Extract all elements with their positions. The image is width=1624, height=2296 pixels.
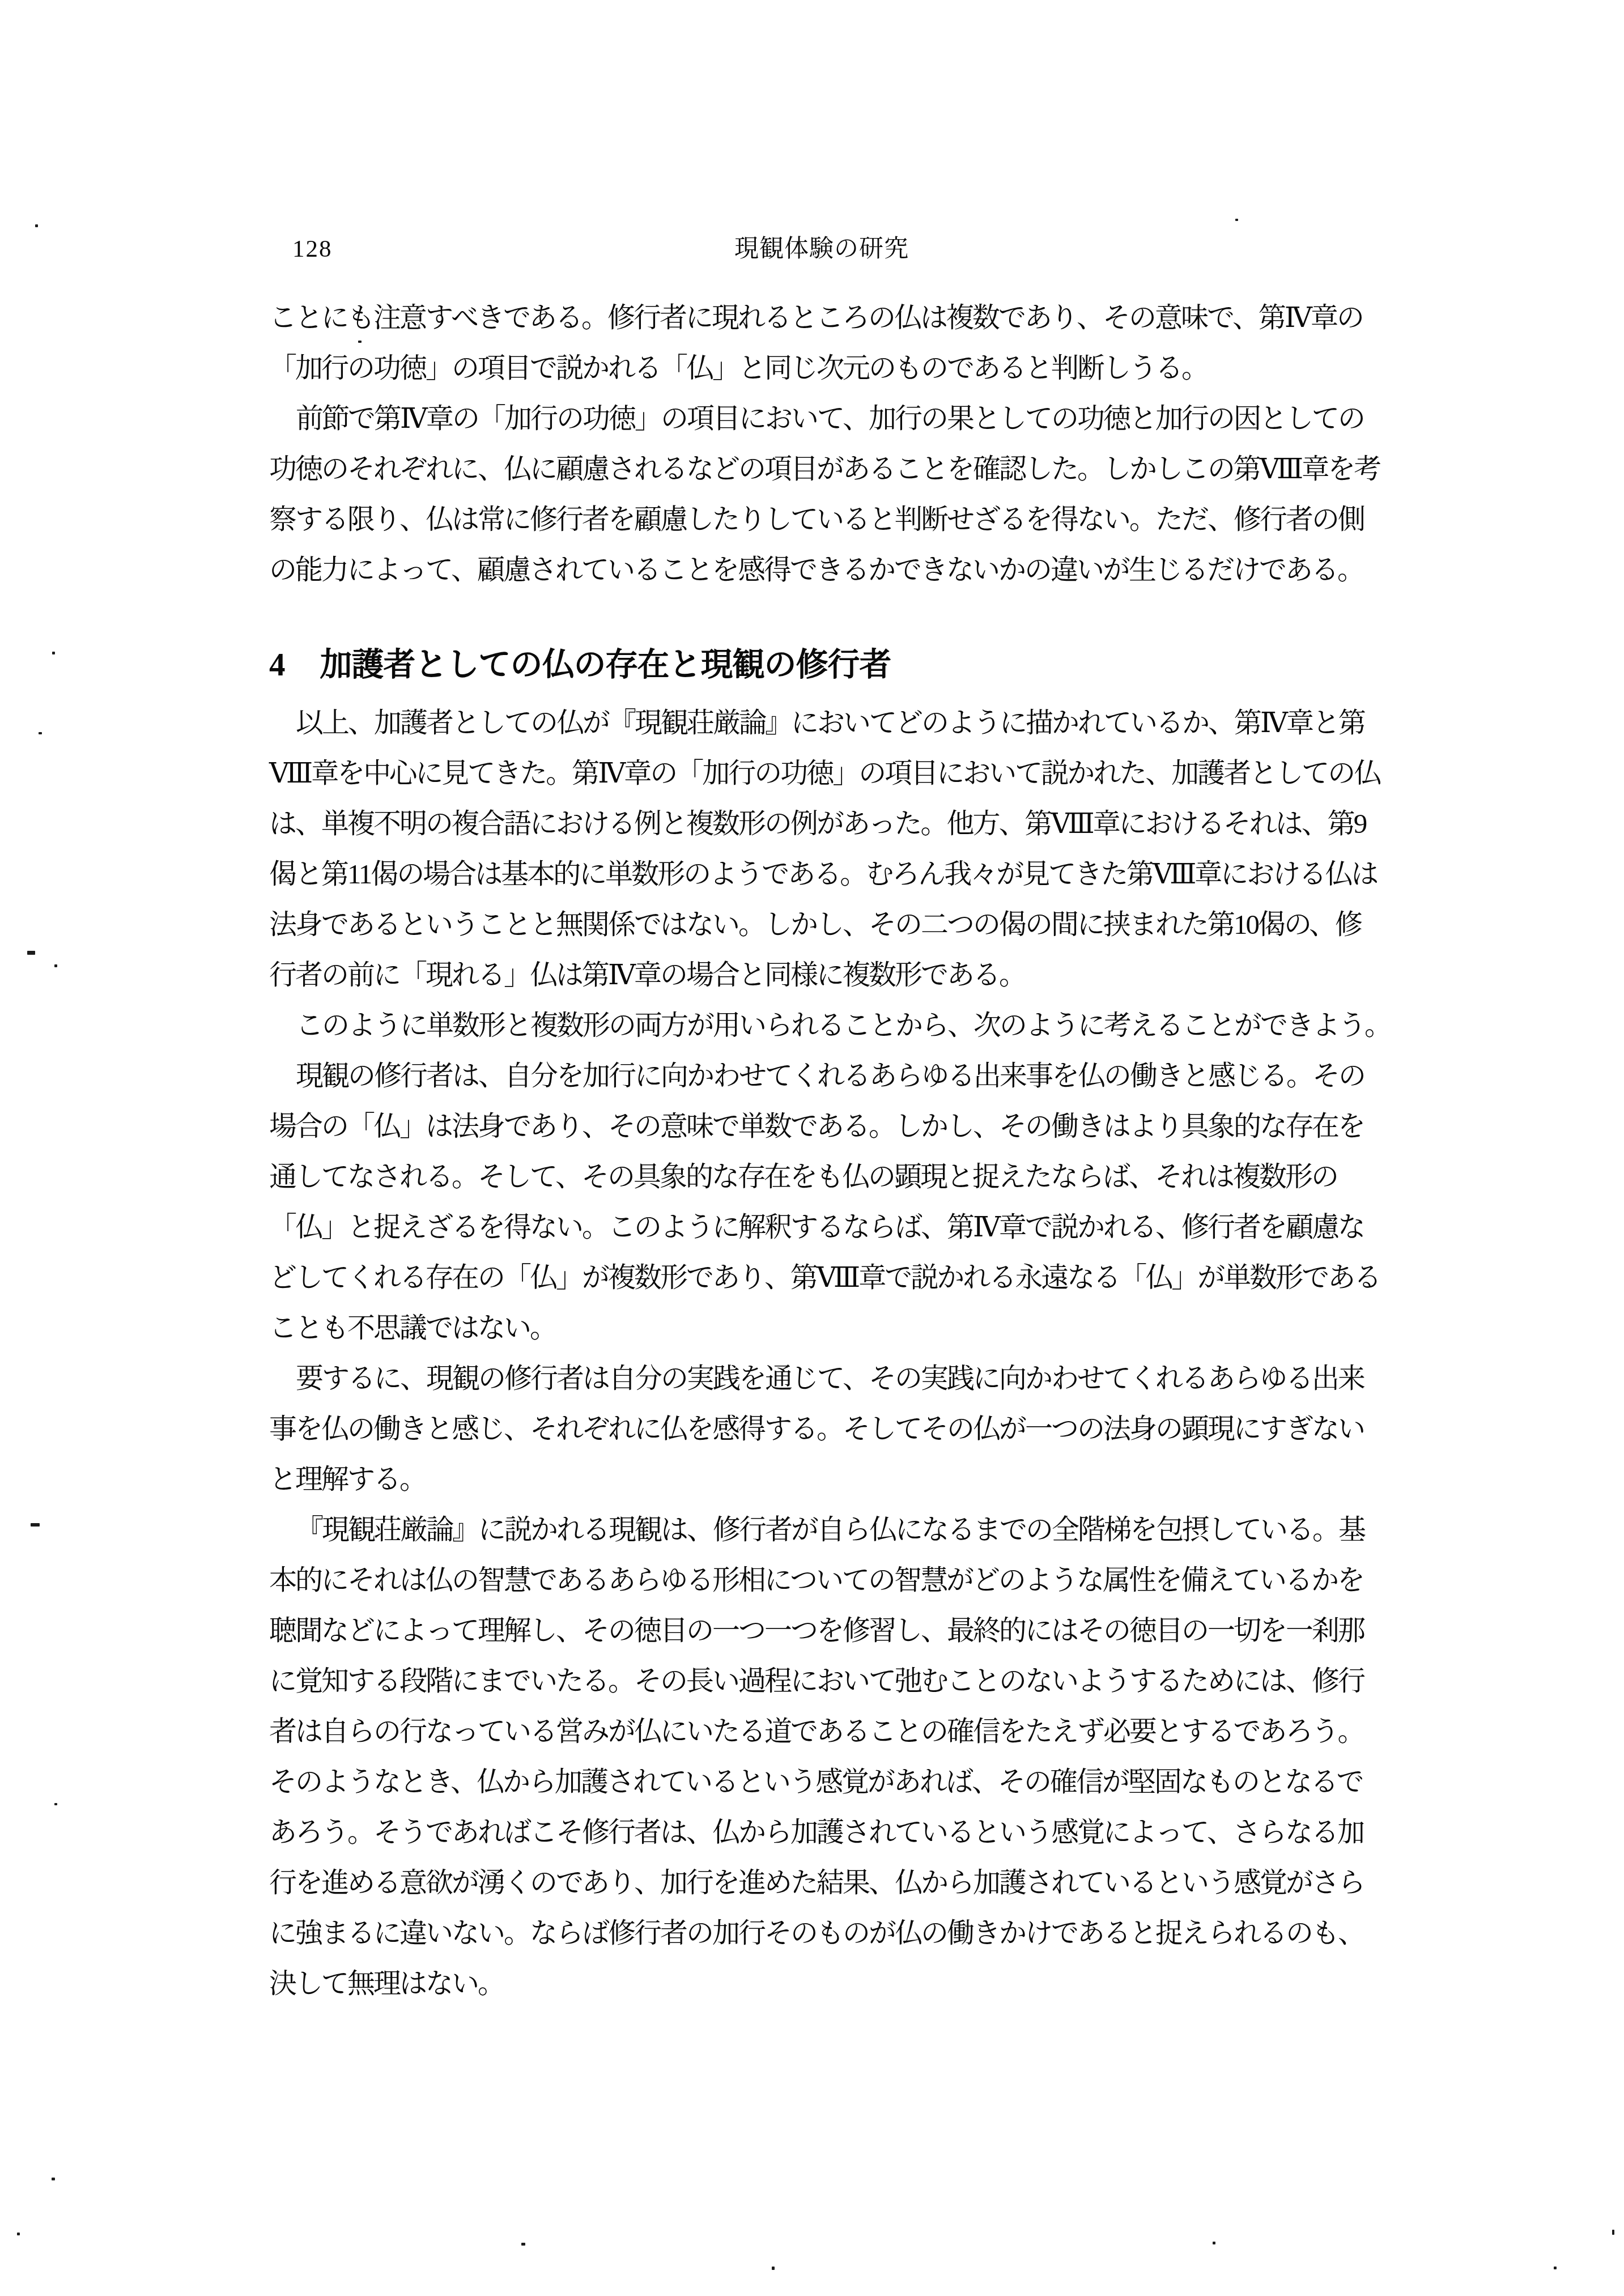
page-number: 128	[292, 235, 333, 264]
body-line: 「仏」と捉えざるを得ない。このように解釈するならば、第Ⅳ章で説かれる、修行者を顧…	[269, 1202, 1368, 1252]
body-line: と理解する。	[269, 1454, 1368, 1504]
section-title: 加護者としての仏の存在と現観の修行者	[320, 647, 891, 683]
scan-speck	[772, 2267, 775, 2270]
scan-speck	[31, 1523, 40, 1527]
scan-speck	[52, 652, 55, 654]
body-line: ことにも注意すべきである。修行者に現れるところの仏は複数であり、その意味で、第Ⅳ…	[269, 292, 1368, 343]
body-line: 行を進める意欲が湧くのであり、加行を進めた結果、仏から加護されているという感覚が…	[269, 1857, 1368, 1908]
body-line: 通してなされる。そして、その具象的な存在をも仏の顕現と捉えたならば、それは複数形…	[269, 1151, 1368, 1202]
body-line: ことも不思議ではない。	[269, 1303, 1368, 1353]
scan-speck	[35, 224, 38, 227]
scan-speck	[54, 964, 57, 967]
body-line: Ⅷ章を中心に見てきた。第Ⅳ章の「加行の功徳」の項目において説かれた、加護者として…	[269, 748, 1368, 798]
scan-speck	[1612, 2230, 1614, 2235]
scan-speck	[17, 2233, 20, 2235]
body-line: の能力によって、顧慮されていることを感得できるかできないかの違いが生じるだけであ…	[269, 545, 1368, 595]
body-line: 要するに、現観の修行者は自分の実践を通じて、その実践に向かわせてくれるあらゆる出…	[269, 1353, 1368, 1404]
body-line: 『現観荘厳論』に説かれる現観は、修行者が自ら仏になるまでの全階梯を包摂している。…	[269, 1504, 1368, 1555]
body-line: 聴聞などによって理解し、その徳目の一つ一つを修習し、最終的にはその徳目の一切を一…	[269, 1605, 1368, 1656]
page-body: ことにも注意すべきである。修行者に現れるところの仏は複数であり、その意味で、第Ⅳ…	[269, 292, 1368, 2009]
body-line: 者は自らの行なっている営みが仏にいたる道であることの確信をたえず必要とするであろ…	[269, 1706, 1368, 1757]
scan-speck	[1554, 2267, 1557, 2269]
body-line: 偈と第11偈の場合は基本的に単数形のようである。むろん我々が見てきた第Ⅷ章におけ…	[269, 849, 1368, 899]
body-line: 行者の前に「現れる」仏は第Ⅳ章の場合と同様に複数形である。	[269, 950, 1368, 1000]
body-line: このように単数形と複数形の両方が用いられることから、次のように考えることができよ…	[269, 1000, 1368, 1051]
scan-speck	[52, 2178, 55, 2180]
body-line: 事を仏の働きと感じ、それぞれに仏を感得する。そしてその仏が一つの法身の顕現にすぎ…	[269, 1404, 1368, 1454]
body-line: 察する限り、仏は常に修行者を顧慮したりしていると判断せざるを得ない。ただ、修行者…	[269, 494, 1368, 545]
body-line: に強まるに違いない。ならば修行者の加行そのものが仏の働きかけであると捉えられるの…	[269, 1908, 1368, 1958]
running-title: 現観体験の研究	[734, 235, 909, 264]
body-line: 場合の「仏」は法身であり、その意味で単数である。しかし、その働きはより具象的な存…	[269, 1101, 1368, 1151]
body-line: どしてくれる存在の「仏」が複数形であり、第Ⅷ章で説かれる永遠なる「仏」が単数形で…	[269, 1252, 1368, 1303]
body-line: 決して無理はない。	[269, 1958, 1368, 2009]
body-line: に覚知する段階にまでいたる。その長い過程において弛むことのないようするためには、…	[269, 1656, 1368, 1706]
scan-speck	[54, 1803, 57, 1805]
body-line: 以上、加護者としての仏が『現観荘厳論』においてどのように描かれているか、第Ⅳ章と…	[269, 698, 1368, 748]
scan-speck	[521, 2243, 525, 2246]
scan-speck	[27, 951, 35, 955]
section-heading: 4加護者としての仏の存在と現観の修行者	[269, 639, 1368, 691]
section-number: 4	[269, 639, 285, 691]
body-line: 本的にそれは仏の智慧であるあらゆる形相についての智慧がどのような属性を備えている…	[269, 1555, 1368, 1605]
scan-speck	[358, 341, 362, 343]
body-line: 「加行の功徳」の項目で説かれる「仏」と同じ次元のものであると判断しうる。	[269, 343, 1368, 393]
running-header: 128 現観体験の研究	[0, 235, 1624, 266]
scan-speck	[39, 732, 42, 734]
body-line: 功徳のそれぞれに、仏に顧慮されるなどの項目があることを確認した。しかしこの第Ⅷ章…	[269, 444, 1368, 494]
body-line: あろう。そうであればこそ修行者は、仏から加護されているという感覚によって、さらな…	[269, 1807, 1368, 1857]
body-line: 現観の修行者は、自分を加行に向かわせてくれるあらゆる出来事を仏の働きと感じる。そ…	[269, 1051, 1368, 1101]
body-line: 前節で第Ⅳ章の「加行の功徳」の項目において、加行の果としての功徳と加行の因として…	[269, 393, 1368, 444]
body-line: 法身であるということと無関係ではない。しかし、その二つの偈の間に挟まれた第10偈…	[269, 899, 1368, 950]
scan-speck	[1235, 219, 1238, 221]
body-line: そのようなとき、仏から加護されているという感覚があれば、その確信が堅固なものとな…	[269, 1757, 1368, 1807]
scanned-page: 128 現観体験の研究 ことにも注意すべきである。修行者に現れるところの仏は複数…	[0, 0, 1624, 2296]
scan-speck	[1213, 2242, 1215, 2244]
body-line: は、単複不明の複合語における例と複数形の例があった。他方、第Ⅷ章におけるそれは、…	[269, 798, 1368, 849]
